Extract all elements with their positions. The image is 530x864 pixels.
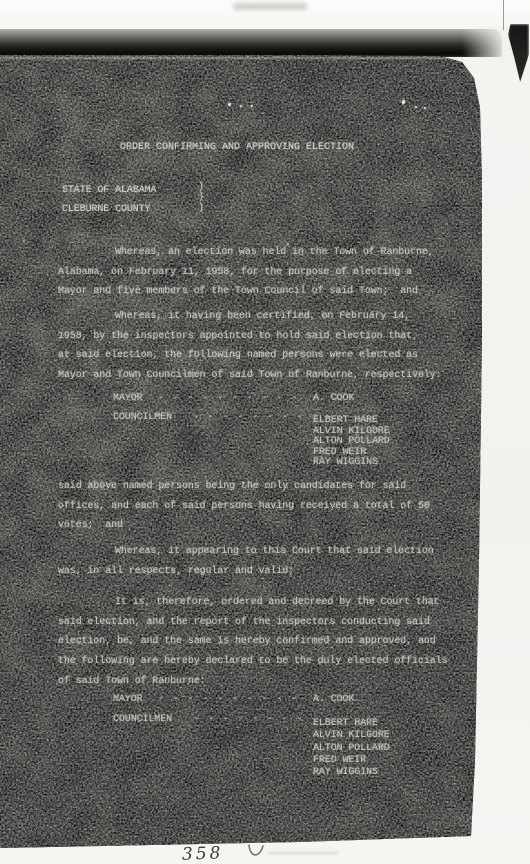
pencil-scuff <box>268 852 338 854</box>
declared-council-names: ELBERT HARE ALVIN KILGORE ALTON POLLARD … <box>313 718 390 779</box>
declared-mayor-dashes: - - - - - - - - - - <box>158 694 297 705</box>
photocopy-page <box>0 0 530 864</box>
certified-mayor-label: MAYOR <box>113 393 143 404</box>
caption-county: CLEBURNE COUNTY <box>62 204 151 215</box>
caption-bracket: ) ) ) <box>198 183 204 214</box>
handwritten-check-mark <box>247 843 267 863</box>
council-name: FRED WEIR <box>313 755 390 767</box>
council-name: ALVIN KILGORE <box>313 730 390 742</box>
declared-mayor-name: A. COOK <box>313 694 354 705</box>
scanned-document-page: ORDER CONFIRMING AND APPROVING ELECTION … <box>0 0 530 864</box>
paragraph-4: Whereas, it appearing to this Court that… <box>58 542 434 581</box>
scan-edge-band <box>0 29 502 57</box>
paragraph-2: Whereas, it having been certified, on Fe… <box>58 307 442 386</box>
paper-crease <box>0 409 482 411</box>
declared-council-dashes: - - - - - - - - <box>193 714 303 725</box>
scan-speckle <box>240 105 242 107</box>
council-name: RAY WIGGINS <box>313 458 390 469</box>
paragraph-5: It is, therefore, ordered and decreed by… <box>58 593 447 692</box>
council-name: RAY WIGGINS <box>313 767 390 779</box>
council-name: ALTON POLLARD <box>313 437 390 448</box>
declared-council-label: COUNCILMEN <box>113 714 172 725</box>
council-name: ELBERT HARE <box>313 416 390 427</box>
certified-council-label: COUNCILMEN <box>113 412 172 423</box>
caption-state: STATE OF ALABAMA <box>62 185 156 196</box>
page-curl-highlight <box>0 57 464 59</box>
council-name: ALTON POLLARD <box>313 743 390 755</box>
scan-speckle <box>251 105 253 107</box>
handwritten-page-number: 358 <box>182 843 224 864</box>
council-name: ELBERT HARE <box>313 718 390 730</box>
declared-mayor-label: MAYOR <box>113 694 143 705</box>
paragraph-3: said above named persons being the only … <box>58 477 430 536</box>
scan-speckle <box>415 106 417 108</box>
film-grain-texture <box>0 0 530 864</box>
scan-speckle <box>402 100 405 104</box>
certified-mayor-dashes: - - - - - - - - - - <box>158 393 297 404</box>
certified-council-dashes: - - - - - - - - <box>193 412 303 423</box>
scan-speckle <box>228 103 231 106</box>
paper-crease <box>0 97 482 99</box>
document-title: ORDER CONFIRMING AND APPROVING ELECTION <box>120 142 354 153</box>
certified-mayor-name: A. COOK <box>313 393 354 404</box>
paragraph-1: Whereas, an election was held in the Tow… <box>58 243 434 302</box>
scan-speckle <box>23 240 25 242</box>
scan-speckle <box>424 107 426 109</box>
scan-smudge <box>233 3 307 10</box>
scan-margin-line <box>503 0 504 30</box>
certified-council-names: ELBERT HARE ALVIN KILGORE ALTON POLLARD … <box>313 416 390 469</box>
